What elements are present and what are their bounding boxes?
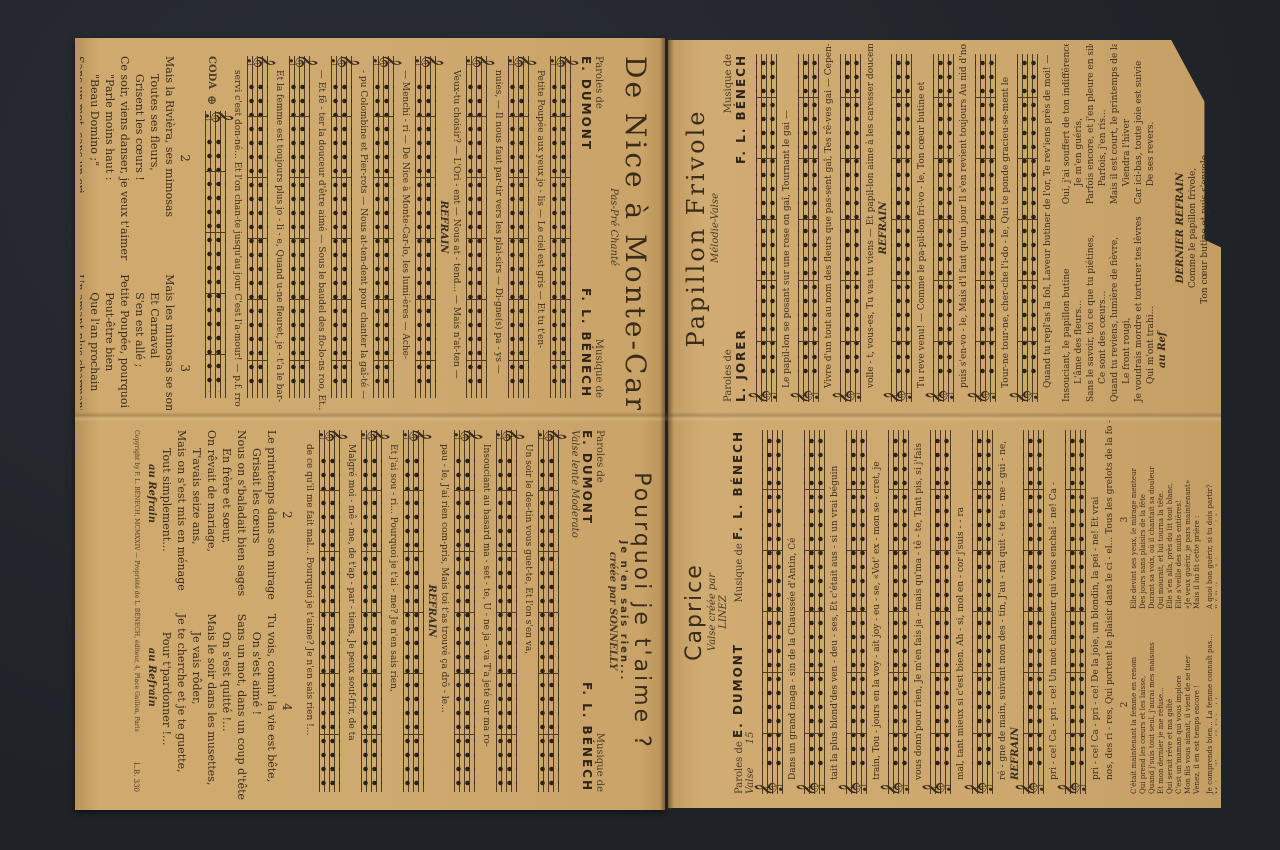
- verse-line: T'avais seize ans,: [189, 430, 204, 600]
- verse-2: 2 Le printemps dans son mirage Grisait l…: [144, 430, 294, 600]
- footer: Copyright by F. L. BÉNECH, MCMXXIV — Pro…: [132, 426, 144, 796]
- lyric-line: Insouciant au hasard ma - set - te, U - …: [481, 444, 491, 792]
- treble-clef-icon: 𝄞: [406, 428, 430, 442]
- verse-line: "Parle moins haut :: [102, 56, 117, 260]
- music-score: 𝄞 Le papil-lon se posant sur une rose on…: [752, 50, 1053, 406]
- music-staff: 𝄞: [1017, 54, 1041, 402]
- music-staff: 𝄞: [547, 56, 571, 398]
- treble-clef-icon: 𝄞: [499, 428, 523, 442]
- lyric-line: train, Tou - jours en la voy - ait joy -…: [872, 430, 882, 780]
- verse-line: Un amant plus charmant: [80, 274, 87, 410]
- music-staff: 𝄞: [798, 54, 822, 402]
- composer-label: Musique de: [594, 682, 605, 792]
- treble-clef-icon: 𝄞: [834, 390, 858, 404]
- verse-line: Mais il lui fit cette prière :: [1193, 430, 1202, 609]
- lyric-line: nuies, — Il nous faut par-tir vers les p…: [493, 70, 503, 398]
- music-staff: 𝄞: [358, 430, 382, 792]
- lyric-line: — Et fê - ter la douceur d'être aimé — S…: [316, 70, 326, 398]
- verse-line: Sans un mot, sans un cri,: [80, 56, 87, 260]
- coda-label: CODA: [207, 56, 218, 89]
- lyricist-name: E. DUMONT: [580, 430, 594, 525]
- verse-line: Mais la Rivièra, ses mimosas: [162, 56, 177, 260]
- treble-clef-icon: 𝄞: [1017, 782, 1041, 796]
- music-staff: 𝄞: [370, 56, 394, 398]
- lyricist-label: Paroles de: [723, 328, 734, 402]
- verse-line: Mais voilà ce qu'il dit tout bas :: [1215, 615, 1217, 794]
- verse-line: Pour t'pardonner !...: [159, 614, 174, 800]
- verse-line: L'âme des fleurs...: [1073, 216, 1085, 402]
- verse-line: Le front rougi,: [1121, 216, 1133, 402]
- lyric-line: - pu Colombine et Pier-rots — Nous at-te…: [358, 70, 368, 398]
- verse-number: 2: [1121, 615, 1130, 794]
- verse-line: Et Carnaval: [147, 274, 162, 410]
- song-subtitle: Valse créée par: [707, 430, 718, 794]
- verse-line: On s'est quitté !...: [219, 614, 234, 800]
- treble-clef-icon: 𝄞: [418, 54, 442, 68]
- refrain-label: REFRAIN: [878, 54, 889, 402]
- verse-line: Je comprends bien... La femme connaît pa…: [1206, 615, 1215, 794]
- refrain-cue: au Refrain: [144, 430, 159, 600]
- verse-line: Petite Poupée, pourquoi pleurer ?: [117, 274, 132, 410]
- composer-credit: Musique de F. L. BÉNECH: [731, 430, 756, 602]
- music-staff: 𝄞: [840, 54, 864, 402]
- treble-clef-icon: 𝄞: [553, 54, 577, 68]
- panel-pourquoi-je-t-aime: Pourquoi je t'aime ? Je n'en sais rien..…: [80, 420, 660, 805]
- verse-number: 2: [177, 56, 192, 260]
- treble-clef-icon: 𝄞: [792, 390, 816, 404]
- song-subtitle: Pas-Pré Chanté: [608, 56, 619, 398]
- verses: 2 Le printemps dans son mirage Grisait l…: [144, 426, 298, 796]
- verse-3: 3 Mais les mimosas se sont fanés Et Carn…: [80, 274, 192, 410]
- music-staff: 𝄞: [972, 430, 996, 794]
- lyric-line: volle - t, vous-es, Tu vas tu viens — Et…: [866, 54, 876, 388]
- verse-line: Toutes ses fleurs,: [147, 56, 162, 260]
- verse-line: Elle s'veille des nuits entières!: [1175, 430, 1184, 609]
- verse-line: Je te cherche et je te guette,: [174, 614, 189, 800]
- music-staff: 𝄞: [328, 56, 352, 398]
- treble-clef-icon: 𝄞: [882, 782, 906, 796]
- verses: 2 C'était maintenant la femme en renom Q…: [1121, 426, 1217, 798]
- composer-label: Musique de: [723, 54, 734, 164]
- refrain-heading: DERNIER REFRAIN: [1175, 50, 1187, 406]
- music-score: 𝄞 Un soir le des-tin vous guet-te, Et l'…: [304, 426, 565, 796]
- verse-line: Parfois, j'en ris...: [1097, 44, 1109, 204]
- verse-line: Grisait les cœurs: [249, 430, 264, 600]
- verse-line: Nous on s'baladait bien sages: [234, 430, 249, 600]
- treble-clef-icon: 𝄞: [1059, 782, 1083, 796]
- verse-line: Ce sont des cœurs...: [1097, 216, 1109, 402]
- lyric-line: pau - le, J'ai rien com-pris, Mais toi t…: [439, 444, 449, 792]
- panel-papillon-frivole: Papillon Frivole Mélodie-Valse Paroles d…: [672, 44, 1212, 412]
- music-staff: 𝄞: [493, 430, 517, 792]
- refrain-cue: au Ref: [1157, 216, 1169, 402]
- verse-line: Tout simplement...: [159, 430, 174, 600]
- music-staff: 𝄞: [1065, 430, 1089, 794]
- verse-line: Des jours sans plaisirs de la fête: [1139, 430, 1148, 609]
- vertical-fold-crease: [660, 38, 674, 810]
- lyric-line: Vivre d'un tout au nom des fleurs que pa…: [824, 54, 834, 388]
- treble-clef-icon: 𝄞: [457, 428, 481, 442]
- composer-name: F. L. BÉNECH: [580, 682, 594, 792]
- treble-clef-icon: 𝄞: [541, 428, 565, 442]
- verse-line: Elle devint ses yeux, le mirage menteur: [1130, 430, 1139, 609]
- verse-line: Qui mourait, et lui tourna la tête.: [1157, 430, 1166, 609]
- composer-credit: Musique de F. L. BÉNECH: [723, 54, 748, 164]
- verse-line: Je vais rôder,: [189, 614, 204, 800]
- verse-line: S'en est allé ;: [132, 274, 147, 410]
- verse-number: 3: [1121, 430, 1130, 609]
- verse-line: Elle s'en alla, près du lit tout blanc,: [1166, 430, 1175, 609]
- music-staff: 𝄞: [975, 54, 999, 402]
- treble-clef-icon: 𝄞: [798, 782, 822, 796]
- verse-line: Sans un mot, dans un coup d'tête: [234, 614, 249, 800]
- verse-line: Comme le papillon frivole,: [1187, 50, 1199, 406]
- verse-line: Car ici-bas, toute joie est suivie: [1133, 44, 1145, 204]
- verse-line: Viendra l'hiver: [1121, 44, 1133, 204]
- treble-clef-icon: 𝄞: [322, 428, 346, 442]
- verse-line: Tu vois, comm' la vie est bête,: [264, 614, 279, 800]
- lyricist-label: Paroles de: [593, 56, 604, 151]
- song-title: Papillon Frivole: [682, 54, 710, 402]
- lyric-line: Le papil-lon se posant sur une rose on g…: [782, 54, 792, 388]
- lyric-line: vous donn'pour rien, Je m'en fais ja - m…: [914, 430, 924, 780]
- performer-credit: créée par SONNELLY: [607, 430, 618, 792]
- music-staff: 𝄞: [535, 430, 559, 792]
- music-staff: 𝄞: [933, 54, 957, 402]
- music-staff: 𝄞: [463, 56, 487, 398]
- song-title: Pourquoi je t'aime ?: [629, 430, 654, 792]
- lyric-line: — Menchi - ri — De Nice à Monte-Car-lo, …: [400, 70, 410, 398]
- composer-name: F. L. BÉNECH: [579, 288, 593, 398]
- treble-clef-icon: 𝄞: [750, 390, 774, 404]
- verse-line: Ton cœur butine et puis s'envole,: [1199, 50, 1211, 406]
- verse-line: Insouciant, le papillon butine: [1061, 216, 1073, 402]
- treble-clef-icon: 𝄞: [924, 782, 948, 796]
- lyric-line: de ce qu'il me fait mal... Pourquoi je t…: [304, 444, 314, 792]
- lyric-line: Dans un grand maga - sin de la Chaussée …: [788, 430, 798, 780]
- panel-de-nice-a-monte-carlo: De Nice à Monte-Carlo Pas-Pré Chanté Par…: [80, 42, 660, 410]
- panel-caprice: Caprice Valse créée par LINEZ Paroles de…: [672, 420, 1217, 805]
- verse-number: 4: [279, 614, 294, 800]
- catalog-number: L.B. 330: [132, 762, 140, 792]
- music-staff: 𝄞: [762, 430, 786, 794]
- treble-clef-icon: 𝄞: [469, 54, 493, 68]
- music-staff: 𝄞: [505, 56, 529, 398]
- lyric-line: nos, des ri - res, Qui portent le plaisi…: [1105, 430, 1115, 780]
- verse-line: Oui, j'ai souffert de ton indifférence,: [1061, 44, 1073, 204]
- verse-line: Mais les mimosas se sont fanés: [162, 274, 177, 410]
- lyricist-credit: Paroles de E. DUMONT Valse 15: [731, 643, 756, 794]
- verse-line: Sans le savoir, toi ce que tu piétines,: [1085, 216, 1097, 402]
- verse-2: 2 Mais la Rivièra, ses mimosas Toutes se…: [80, 56, 192, 260]
- treble-clef-icon: 𝄞: [511, 54, 535, 68]
- verse-2: Insouciant, le papillon butine L'âme des…: [1061, 216, 1169, 402]
- verse-line: Mon fils vous aimait, il vient de se tue…: [1184, 615, 1193, 794]
- composer-label: Musique de: [734, 543, 745, 602]
- dernier-refrain: DERNIER REFRAIN Comme le papillon frivol…: [1169, 50, 1212, 406]
- music-staff: 𝄞: [412, 56, 436, 398]
- song-subtitle: Mélodie-Valse: [710, 54, 721, 402]
- music-staff: 𝄞: [286, 56, 310, 398]
- verse-line: De ses revers.: [1145, 44, 1157, 204]
- measure-number: 15: [745, 732, 756, 765]
- music-staff: 𝄞: [451, 430, 475, 792]
- music-staff: 𝄞: [756, 54, 780, 402]
- lyricist-label: Paroles de: [594, 430, 605, 538]
- music-staff: 𝄞: [891, 54, 915, 402]
- treble-clef-icon: 𝄞: [927, 390, 951, 404]
- lyricist-label: Paroles de: [734, 741, 745, 794]
- music-staff: 𝄞: [804, 430, 828, 794]
- verse-line: A quoi bon guérir, si tu dois partir?: [1206, 430, 1215, 609]
- horizontal-fold-crease: [75, 412, 1221, 422]
- lyric-line: Un soir le des-tin vous guet-te, Et l'on…: [523, 444, 533, 792]
- performer-credit: LINEZ: [718, 430, 729, 794]
- lyricist-credit: Paroles de E. DUMONT: [579, 56, 604, 151]
- lyric-line: Tour-ne tour-ne, cher-che l'i-do - le, Q…: [1001, 54, 1011, 388]
- verse-line: Mais on s'est mis en ménage: [174, 430, 189, 600]
- refrain-cue: au Refrain: [144, 614, 159, 800]
- verse-3: Oui, j'ai souffert de ton indifférence, …: [1061, 44, 1169, 204]
- verse-line: C'était maintenant la femme en renom: [1130, 615, 1139, 794]
- treble-clef-icon: 𝄞: [969, 390, 993, 404]
- verse-column-left: 2 C'était maintenant la femme en renom Q…: [1121, 615, 1217, 794]
- verse-line: Quand j'suis tout seul, j'aurai mes mais…: [1148, 615, 1157, 794]
- verse-number: 2: [279, 430, 294, 600]
- verse-line: Le printemps dans son mirage: [264, 430, 279, 600]
- verse-line: Durant sa voix, où il chantait sa douleu…: [1148, 430, 1157, 609]
- lyric-line: ré - gne de main, suivant mon des - tin,…: [998, 430, 1008, 780]
- music-staff: 𝄞: [400, 430, 424, 792]
- lyricist-credit: Paroles de L. JORER: [723, 328, 748, 402]
- composer-credit: Musique de F. L. BÉNECH: [579, 288, 604, 398]
- verse-line: C'est un'maman qui vous implore: [1175, 615, 1184, 794]
- lyric-line: mal, tant mieux si c'est bien. Ah - si, …: [956, 430, 966, 780]
- treble-clef-icon: 𝄞: [376, 54, 400, 68]
- lyricist-credit: Paroles de E. DUMONT Valse lente Moderat…: [569, 430, 605, 538]
- music-staff: 𝄞: [244, 56, 268, 398]
- music-staff: 𝄞: [846, 430, 870, 794]
- treble-clef-icon: 𝄞: [208, 109, 232, 123]
- lyric-line: pri - ce! Ca - pri - ce! De la joie, un …: [1091, 430, 1101, 780]
- verse-line: "Beau Domino ;": [87, 56, 102, 260]
- treble-clef-icon: 𝄞: [840, 782, 864, 796]
- song-title: De Nice à Monte-Carlo: [619, 56, 652, 398]
- lyric-line: Quand tu repl'as la fol, Laveur butiner …: [1043, 54, 1053, 388]
- verse-line: Parfois encore, et j'en pleure en silenc…: [1085, 44, 1097, 204]
- treble-clef-icon: 𝄞: [1011, 390, 1035, 404]
- verse-line: Quand tu reviens, lumière de fièvre,: [1109, 216, 1121, 402]
- treble-clef-icon: 𝄞: [756, 782, 780, 796]
- lyricist-name: L. JORER: [734, 328, 748, 402]
- verse-line: Mais tu viendras un jour: [1211, 50, 1212, 406]
- lyric-line: Et j'ai sou - ri... Pourquoi je t'ai - m…: [388, 444, 398, 792]
- coda-icon: ⊕: [205, 95, 219, 105]
- composer-credit: Musique de F. L. BÉNECH: [569, 682, 605, 792]
- music-staff: 𝄞: [1023, 430, 1047, 794]
- refrain-label: REFRAIN: [438, 56, 449, 398]
- treble-clef-icon: 𝄞: [364, 428, 388, 442]
- tempo-row: Valse 15: [745, 643, 756, 794]
- treble-clef-icon: 𝄞: [250, 54, 274, 68]
- verse-line: Mais il est court, le printemps de la vi…: [1109, 44, 1121, 204]
- music-score: 𝄞 Petite Poupée aux yeux jo - lis — Le c…: [198, 52, 579, 402]
- verse-line: Qui m'ont trahi...: [1145, 216, 1157, 402]
- verse-number: 3: [177, 274, 192, 410]
- verse-line: En frère et sœur,: [219, 430, 234, 600]
- verse-4: 4 Tu vois, comm' la vie est bête, On s'e…: [144, 614, 294, 800]
- music-staff: 𝄞: [930, 430, 954, 794]
- composer-name: F. L. BÉNECH: [734, 54, 748, 164]
- verse-line: On s'est aimé !: [249, 614, 264, 800]
- verse-line: Mais le soir dans les musettes,: [204, 614, 219, 800]
- composer-name: F. L. BÉNECH: [731, 430, 745, 540]
- verse-line: Qui serait rêve et ma gaîté: [1166, 615, 1175, 794]
- lyricist-name: E. DUMONT: [731, 643, 745, 738]
- verse-line: Il fallait me laisser mourir!: [1215, 430, 1217, 609]
- lyric-line: Veux-tu choisir? — L'Ori - ent — Nous at…: [451, 70, 461, 398]
- verse-line: Venez, il en est temps encore !: [1193, 615, 1202, 794]
- verses: Insouciant, le papillon butine L'âme des…: [1059, 50, 1169, 406]
- treble-clef-icon: 𝄞: [885, 390, 909, 404]
- verse-line: Grisent les cœurs !: [132, 56, 147, 260]
- verse-line: Que l'an prochain: [87, 274, 102, 410]
- verse-line: Et mon dernier je me refuse...: [1157, 615, 1166, 794]
- copyright-notice: Copyright by F. L. BÉNECH, MCMXXIV — Pro…: [132, 430, 140, 732]
- verse-line: Je voudrais mordre et torturer tes lèvre…: [1133, 216, 1145, 402]
- lyric-line: Malgré moi - mê - me, de t'ap - par - ti…: [346, 444, 356, 792]
- composer-label: Musique de: [593, 288, 604, 398]
- verse-line: «Je veux guérir, je pars maintenant»: [1184, 430, 1193, 609]
- lyric-line: puis s'en-vo - le, Mais d'l faut qu'un j…: [959, 54, 969, 388]
- music-staff: 𝄞: [316, 430, 340, 792]
- refrain-label: REFRAIN: [426, 430, 437, 792]
- music-staff: 𝄞: [888, 430, 912, 794]
- treble-clef-icon: 𝄞: [334, 54, 358, 68]
- lyric-line: tait la plus blond'des ven - deu - ses, …: [830, 430, 840, 780]
- treble-clef-icon: 𝄞: [292, 54, 316, 68]
- verse-line: Qui prend les cœurs et les laisse,: [1139, 615, 1148, 794]
- lyric-line: Et la femme est toujours plus jo - li - …: [274, 70, 284, 398]
- verse-column-right: 3 Elle devint ses yeux, le mirage menteu…: [1121, 430, 1217, 609]
- tempo-marking: Valse lente Moderato: [569, 430, 580, 538]
- verses: 2 Mais la Rivièra, ses mimosas Toutes se…: [80, 52, 198, 402]
- treble-clef-icon: 𝄞: [966, 782, 990, 796]
- verse-line: Peut-être bien: [102, 274, 117, 410]
- refrain-label: REFRAIN: [1010, 430, 1021, 780]
- song-subtitle: Je n'en sais rien...: [618, 430, 629, 792]
- verse-line: Je m'en guéris,: [1073, 44, 1085, 204]
- coda-staff: 𝄞: [202, 111, 226, 398]
- verse-line: Ce soir, viens danser, je veux t'aimer: [117, 56, 132, 260]
- lyricist-name: E. DUMONT: [579, 56, 593, 151]
- verse-line: On rêvait de mariage,: [204, 430, 219, 600]
- music-score: 𝄞 Dans un grand maga - sin de la Chaussé…: [760, 426, 1115, 798]
- lyric-line: Tu reve venu! — Comme le pa-pil-lon fri-…: [917, 54, 927, 388]
- song-title: Caprice: [682, 430, 707, 794]
- lyric-line: Petite Poupée aux yeux jo - lis — Le cie…: [535, 70, 545, 398]
- lyric-line: pri - ce! Ca - pri - ce! Un mot charmeur…: [1049, 430, 1059, 780]
